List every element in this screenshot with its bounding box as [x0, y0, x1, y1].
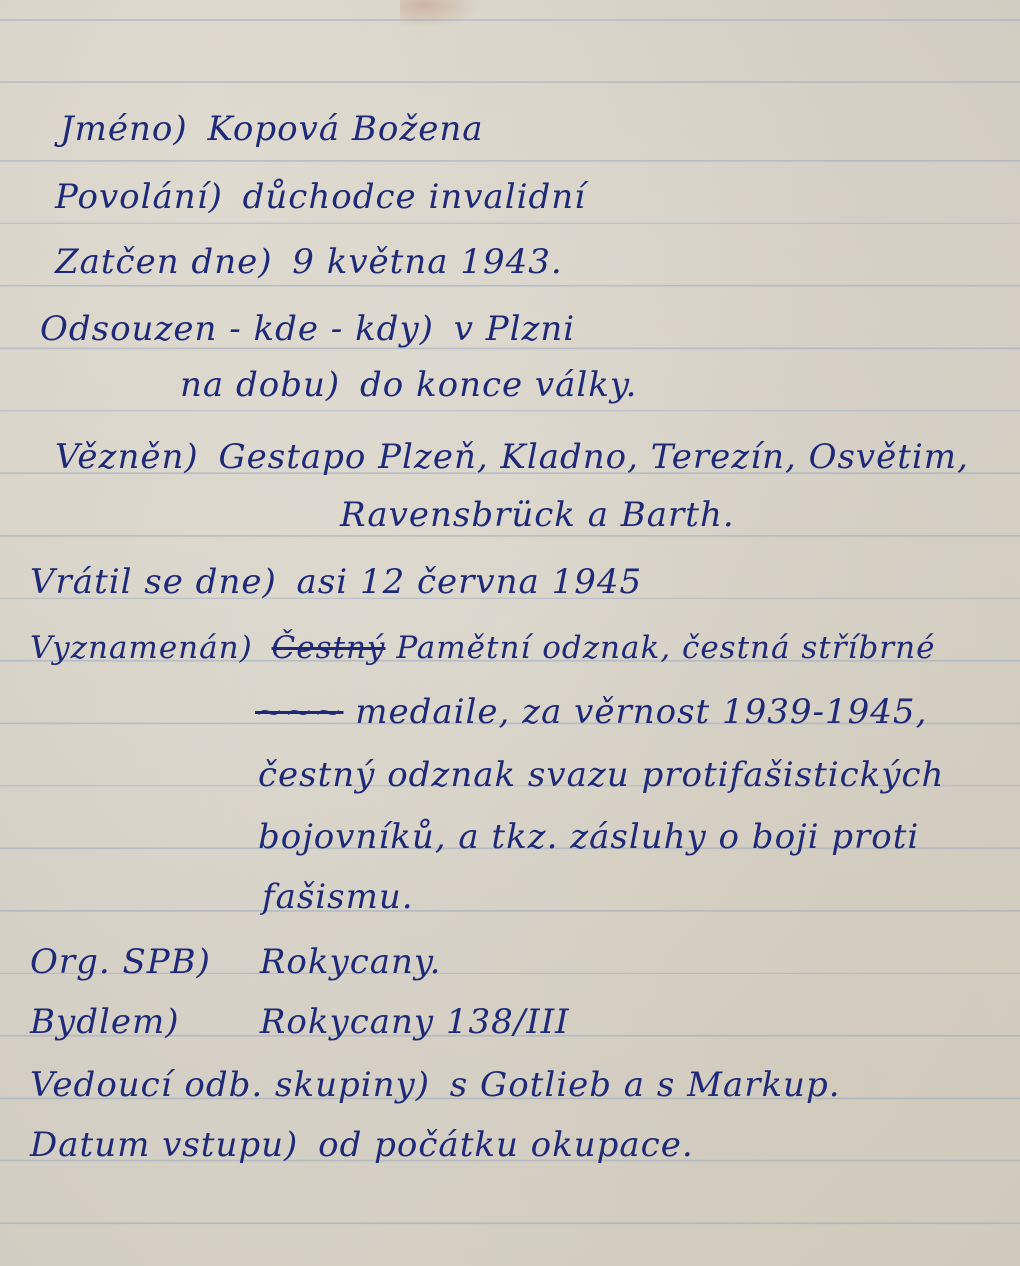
- line-imprisoned-cont: Ravensbrück a Barth.: [340, 498, 735, 532]
- line-name: Jméno) Kopová Božena: [60, 112, 484, 146]
- line-occupation: Povolání) důchodce invalidní: [55, 180, 586, 214]
- line-decorations: Vyznamenán) Čestný Pamětní odznak, čestn…: [30, 633, 935, 664]
- field-value: asi 12 června 1945: [297, 562, 643, 602]
- field-label: Odsouzen - kde - kdy): [40, 309, 434, 349]
- field-label: Org. SPB): [30, 945, 240, 979]
- paper-stain: [400, 0, 480, 28]
- field-label: Vězněn): [55, 437, 199, 477]
- field-value: fašismu.: [262, 877, 414, 917]
- handwritten-document-page: Jméno) Kopová Božena Povolání) důchodce …: [0, 0, 1020, 1266]
- field-value: s Gotlieb a s Markup.: [450, 1065, 841, 1105]
- field-value: v Plzni: [454, 309, 575, 349]
- field-label: Vedoucí odb. skupiny): [30, 1065, 430, 1105]
- field-value: 9 května 1943.: [292, 242, 562, 282]
- field-label: Povolání): [55, 177, 223, 217]
- field-value: Gestapo Plzeň, Kladno, Terezín, Osvětim,: [218, 437, 968, 477]
- line-sentence-length: na dobu) do konce války.: [180, 368, 637, 402]
- line-group-leader: Vedoucí odb. skupiny) s Gotlieb a s Mark…: [30, 1068, 841, 1102]
- line-org: Org. SPB) Rokycany.: [30, 945, 441, 979]
- field-value: Rokycany.: [260, 942, 442, 982]
- field-value: Rokycany 138/III: [260, 1002, 570, 1042]
- line-sentenced: Odsouzen - kde - kdy) v Plzni: [40, 312, 575, 346]
- field-label: Bydlem): [30, 1005, 240, 1039]
- field-value: čestný odznak svazu protifašistických: [258, 755, 944, 795]
- line-decorations-2: ~~~ medaile, za věrnost 1939-1945,: [255, 695, 927, 729]
- line-decorations-3: čestný odznak svazu protifašistických: [258, 758, 944, 792]
- line-returned: Vrátil se dne) asi 12 června 1945: [30, 565, 642, 599]
- struck-text: ~~~: [255, 692, 343, 732]
- field-label: Vyznamenán): [30, 630, 253, 666]
- field-value: Pamětní odznak, čestná stříbrné: [396, 630, 935, 666]
- line-imprisoned: Vězněn) Gestapo Plzeň, Kladno, Terezín, …: [55, 440, 969, 474]
- field-value: medaile, za věrnost 1939-1945,: [355, 692, 927, 732]
- field-value: Ravensbrück a Barth.: [340, 495, 735, 535]
- field-label: Jméno): [60, 109, 188, 149]
- field-value: důchodce invalidní: [243, 177, 586, 217]
- line-join-date: Datum vstupu) od počátku okupace.: [30, 1128, 694, 1162]
- field-label: na dobu): [180, 365, 340, 405]
- line-arrested: Zatčen dne) 9 května 1943.: [55, 245, 563, 279]
- line-decorations-5: fašismu.: [262, 880, 414, 914]
- line-decorations-4: bojovníků, a tkz. zásluhy o boji proti: [258, 820, 919, 854]
- line-residence: Bydlem) Rokycany 138/III: [30, 1005, 570, 1039]
- field-label: Zatčen dne): [55, 242, 272, 282]
- field-label: Vrátil se dne): [30, 562, 277, 602]
- field-label: Datum vstupu): [30, 1125, 298, 1165]
- field-value: do konce války.: [360, 365, 637, 405]
- field-value: od počátku okupace.: [318, 1125, 694, 1165]
- field-value: bojovníků, a tkz. zásluhy o boji proti: [258, 817, 919, 857]
- field-value: Kopová Božena: [207, 109, 483, 149]
- struck-text: Čestný: [272, 630, 386, 666]
